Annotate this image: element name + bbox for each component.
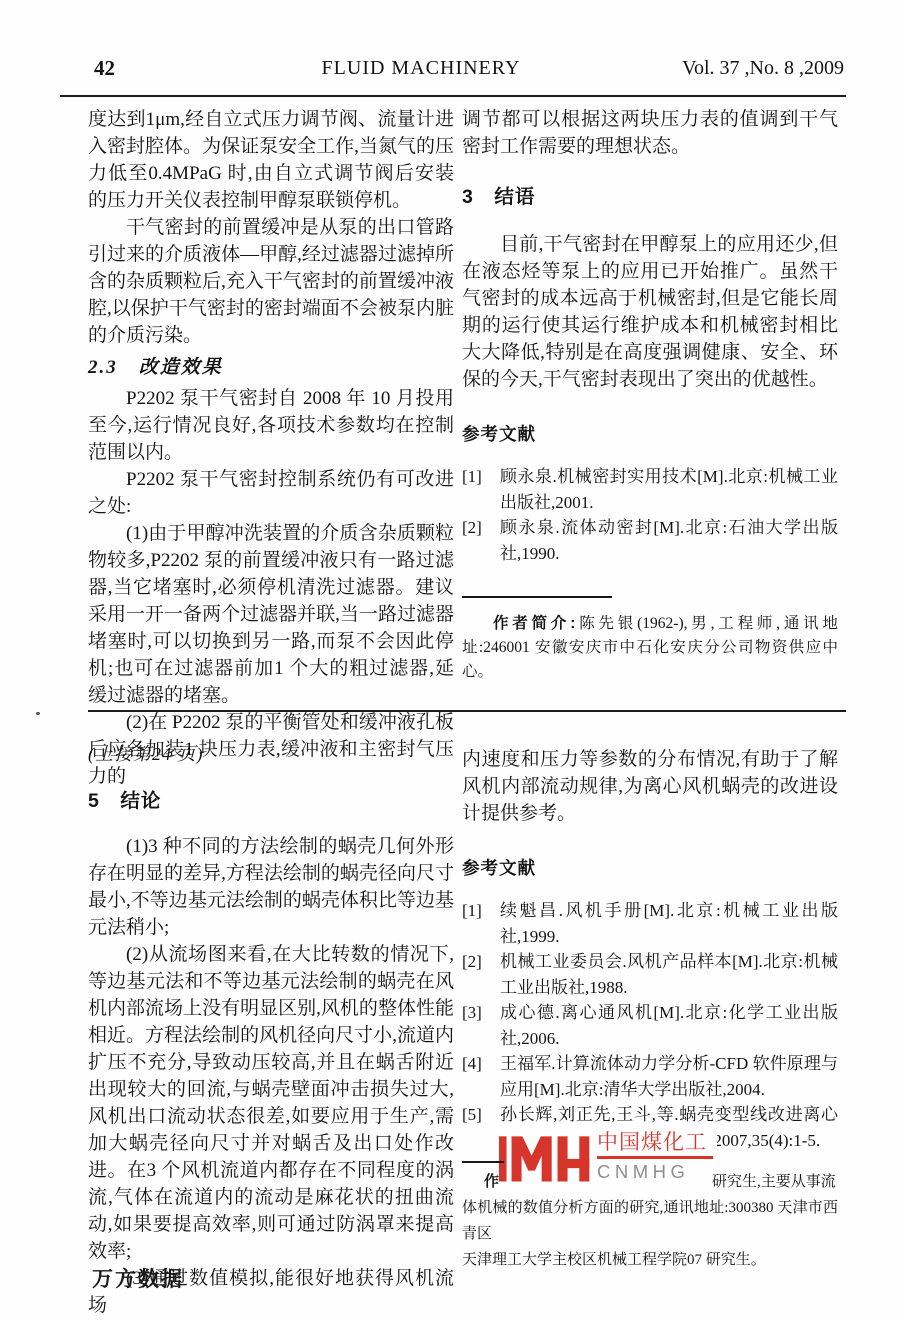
paragraph: 内速度和压力等参数的分布情况,有助于了解风机内部流动规律,为离心风机蜗壳的改进设… [462, 746, 838, 827]
watermark-underline [597, 1156, 713, 1159]
top-right-column: 调节都可以根据这两块压力表的值调到干气密封工作需要的理想状态。 3 结语 目前,… [462, 106, 838, 684]
author-bio-fragment-left: 作 [484, 1169, 499, 1195]
reference-text: 顾永泉.机械密封实用技术[M].北京:机械工业出版社,2001. [500, 464, 838, 515]
reference-item: [2] 机械工业委员会.风机产品样本[M].北京:机械工业出版社,1988. [462, 949, 838, 1000]
reference-item: [4] 王福军.计算流体动力学分析-CFD 软件原理与应用[M].北京:清华大学… [462, 1051, 838, 1102]
scan-speck [36, 712, 40, 715]
paragraph: 目前,干气密封在甲醇泵上的应用还少,但在液态烃等泵上的应用已开始推广。虽然干气密… [462, 231, 838, 393]
paragraph: 调节都可以根据这两块压力表的值调到干气密封工作需要的理想状态。 [462, 106, 838, 160]
paragraph: 度达到1μm,经自立式压力调节阀、流量计进入密封腔体。为保证泵安全工作,当氮气的… [88, 106, 454, 214]
top-left-column: 度达到1μm,经自立式压力调节阀、流量计进入密封腔体。为保证泵安全工作,当氮气的… [88, 106, 454, 790]
bottom-left-column: 5 结论 (1)3 种不同的方法绘制的蜗壳几何外形存在明显的差异,方程法绘制的蜗… [88, 788, 454, 1319]
references-list: [1] 续魁昌.风机手册[M].北京:机械工业出版社,1999. [2] 机械工… [462, 898, 838, 1153]
author-bio-label: 作者简介: [493, 615, 575, 632]
continued-note: (上接第24 页) [88, 740, 204, 766]
volume-info: Vol. 37 ,No. 8 ,2009 [682, 57, 844, 80]
author-bio-fragment-line: 作 研究生,主要从事流 [462, 1169, 838, 1195]
references-list: [1] 顾永泉.机械密封实用技术[M].北京:机械工业出版社,2001. [2]… [462, 464, 838, 566]
reference-item: [1] 顾永泉.机械密封实用技术[M].北京:机械工业出版社,2001. [462, 464, 838, 515]
references-heading: 参考文献 [462, 855, 838, 882]
reference-text: 顾永泉.流体动密封[M].北京:石油大学出版社,1990. [500, 515, 838, 566]
article-divider-rule [88, 710, 846, 712]
reference-text: 王福军.计算流体动力学分析-CFD 软件原理与应用[M].北京:清华大学出版社,… [500, 1051, 838, 1102]
reference-number: [1] [462, 898, 500, 949]
header-rule [60, 95, 846, 97]
bottom-right-column: 内速度和压力等参数的分布情况,有助于了解风机内部流动规律,为离心风机蜗壳的改进设… [462, 746, 838, 1273]
reference-number: [2] [462, 515, 500, 566]
reference-text: 机械工业委员会.风机产品样本[M].北京:机械工业出版社,1988. [500, 949, 838, 1000]
author-bio-rule [462, 596, 612, 598]
author-bio-rule-partial [462, 1161, 504, 1163]
reference-text: 成心德.离心通风机[M].北京:化学工业出版社,2006. [500, 1000, 838, 1051]
reference-item: [1] 续魁昌.风机手册[M].北京:机械工业出版社,1999. [462, 898, 838, 949]
reference-number: [4] [462, 1051, 500, 1102]
author-bio-partial: 作 研究生,主要从事流 体机械的数值分析方面的研究,通讯地址:300380 天津… [462, 1161, 838, 1273]
paragraph: (2)从流场图来看,在大比转数的情况下,等边基元法和不等边基元法绘制的蜗壳在风机… [88, 941, 454, 1265]
reference-item: [3] 成心德.离心通风机[M].北京:化学工业出版社,2006. [462, 1000, 838, 1051]
journal-page: 42 FLUID MACHINERY Vol. 37 ,No. 8 ,2009 … [0, 0, 904, 1320]
section-heading-5: 5 结论 [88, 788, 454, 815]
wanfang-data-brand: 万方数据 [92, 1263, 184, 1293]
references-heading: 参考文献 [462, 421, 838, 448]
reference-text: 续魁昌.风机手册[M].北京:机械工业出版社,1999. [500, 898, 838, 949]
paragraph: (1)3 种不同的方法绘制的蜗壳几何外形存在明显的差异,方程法绘制的蜗壳径向尺寸… [88, 833, 454, 941]
watermark-cn-text: 中国煤化工 [597, 1131, 713, 1155]
section-heading-3: 3 结语 [462, 184, 838, 211]
reference-number: [2] [462, 949, 500, 1000]
paragraph: P2202 泵干气密封自 2008 年 10 月投用至今,运行情况良好,各项技术… [88, 385, 454, 466]
author-bio: 作者简介:陈先银(1962-),男,工程师,通讯地址:246001 安徽安庆市中… [462, 612, 838, 684]
reference-item: [2] 顾永泉.流体动密封[M].北京:石油大学出版社,1990. [462, 515, 838, 566]
reference-number: [5] [462, 1102, 500, 1153]
paragraph: P2202 泵干气密封控制系统仍有可改进之处: [88, 466, 454, 520]
paragraph: (1)由于甲醇冲洗装置的介质含杂质颗粒物较多,P2202 泵的前置缓冲液只有一路… [88, 520, 454, 709]
reference-number: [3] [462, 1000, 500, 1051]
author-bio-fragment-right: 研究生,主要从事流 [712, 1169, 836, 1195]
author-bio-line: 天津理工大学主校区机械工程学院07 研究生。 [462, 1247, 838, 1273]
section-heading-2-3: 2.3 改造效果 [88, 354, 454, 381]
author-bio-line: 体机械的数值分析方面的研究,通讯地址:300380 天津市西青区 [462, 1195, 838, 1247]
paragraph: 干气密封的前置缓冲是从泵的出口管路引过来的介质液体—甲醇,经过滤器过滤掉所含的杂… [88, 214, 454, 349]
reference-number: [1] [462, 464, 500, 515]
